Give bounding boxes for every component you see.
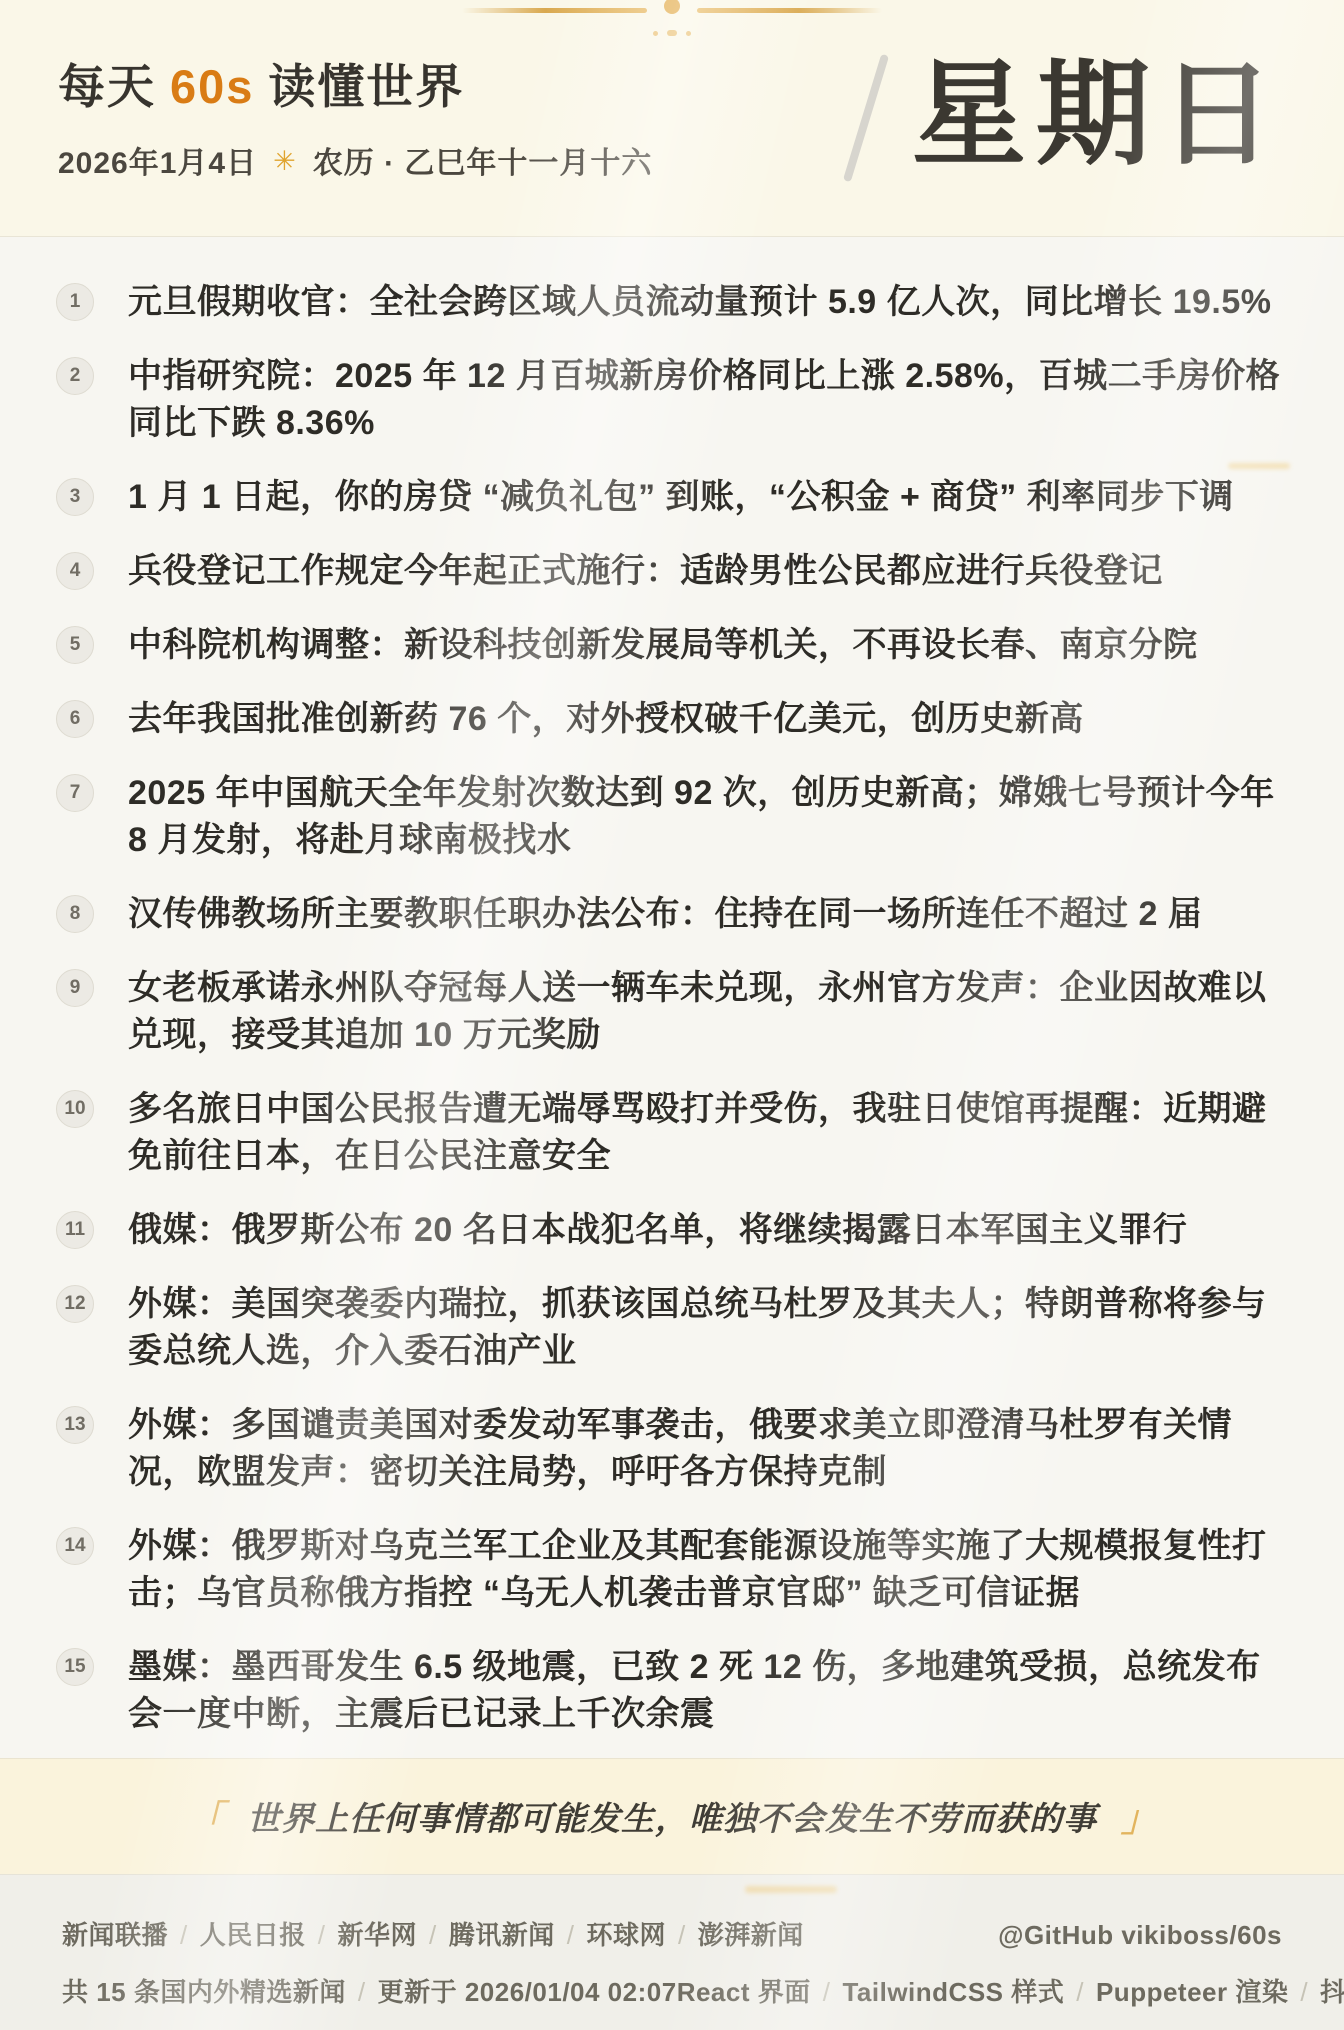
weekday-label: 星期日 bbox=[912, 59, 1284, 173]
news-item: 15墨媒：墨西哥发生 6.5 级地震，已致 2 死 12 伤，多地建筑受损，总统… bbox=[56, 1644, 1292, 1738]
item-number-badge: 12 bbox=[56, 1285, 94, 1323]
asterisk-icon: ✳ bbox=[273, 148, 297, 175]
item-number-badge: 1 bbox=[56, 283, 94, 321]
quote-open-bracket: 「 bbox=[187, 1791, 223, 1842]
ornament-dots bbox=[653, 30, 691, 36]
tech-label: React 界面 bbox=[677, 1977, 811, 2007]
news-item: 10多名旅日中国公民报告遭无端辱骂殴打并受伤，我驻日使馆再提醒：近期避免前往日本… bbox=[56, 1086, 1292, 1180]
tech-label: 抖音美好体 bbox=[1320, 1977, 1344, 2007]
ornament-line-right bbox=[697, 8, 882, 13]
tech-label: Puppeteer 渲染 bbox=[1096, 1977, 1288, 2007]
news-text: 1 月 1 日起，你的房贷 “减负礼包” 到账，“公积金 + 商贷” 利率同步下… bbox=[128, 474, 1234, 521]
item-number-badge: 11 bbox=[56, 1211, 94, 1249]
page-title: 每天60s读懂世界 bbox=[58, 60, 652, 114]
ornament-circle bbox=[664, 0, 680, 14]
item-number-badge: 8 bbox=[56, 895, 94, 933]
news-count: 共 15 条国内外精选新闻 bbox=[62, 1977, 346, 2007]
news-item: 11俄媒：俄罗斯公布 20 名日本战犯名单，将继续揭露日本军国主义罪行 bbox=[56, 1207, 1292, 1254]
footer-row-meta: 共 15 条国内外精选新闻/更新于 2026/01/04 02:07 React… bbox=[62, 1972, 1282, 2009]
item-number-badge: 14 bbox=[56, 1527, 94, 1565]
slash-separator: / bbox=[318, 1920, 326, 1950]
slash-separator: / bbox=[358, 1977, 366, 2007]
header-left: 每天60s读懂世界 2026年1月4日 ✳ 农历 · 乙巳年十一月十六 bbox=[58, 54, 652, 182]
news-item: 6去年我国批准创新药 76 个，对外授权破千亿美元，创历史新高 bbox=[56, 696, 1292, 743]
source-label: 人民日报 bbox=[200, 1920, 306, 1950]
slash-separator: / bbox=[429, 1920, 437, 1950]
news-text: 中科院机构调整：新设科技创新发展局等机关，不再设长春、南京分院 bbox=[128, 622, 1198, 669]
gold-glow-decoration bbox=[745, 1886, 837, 1893]
item-number-badge: 6 bbox=[56, 700, 94, 738]
news-text: 2025 年中国航天全年发射次数达到 92 次，创历史新高；嫦娥七号预计今年 8… bbox=[128, 770, 1292, 864]
item-number-badge: 10 bbox=[56, 1090, 94, 1128]
news-text: 汉传佛教场所主要教职任职办法公布：住持在同一场所连任不超过 2 届 bbox=[128, 891, 1202, 938]
update-info: 共 15 条国内外精选新闻/更新于 2026/01/04 02:07 bbox=[62, 1972, 677, 2009]
item-number-badge: 4 bbox=[56, 552, 94, 590]
source-label: 环球网 bbox=[587, 1920, 667, 1950]
source-label: 新华网 bbox=[338, 1920, 418, 1950]
news-item: 12外媒：美国突袭委内瑞拉，抓获该国总统马杜罗及其夫人；特朗普称将参与委总统人选… bbox=[56, 1281, 1292, 1375]
title-suffix: 读懂世界 bbox=[268, 60, 464, 113]
header: 每天60s读懂世界 2026年1月4日 ✳ 农历 · 乙巳年十一月十六 星期日 bbox=[0, 0, 1344, 237]
ornament-line-left bbox=[462, 8, 647, 13]
news-text: 外媒：多国谴责美国对委发动军事袭击，俄要求美立即澄清马杜罗有关情况，欧盟发声：密… bbox=[128, 1402, 1292, 1496]
top-ornament bbox=[392, 0, 952, 50]
slash-divider bbox=[843, 54, 889, 183]
slash-separator: / bbox=[1300, 1977, 1308, 2007]
news-item: 14外媒：俄罗斯对乌克兰军工企业及其配套能源设施等实施了大规模报复性打击；乌官员… bbox=[56, 1523, 1292, 1617]
news-list: 1元旦假期收官：全社会跨区域人员流动量预计 5.9 亿人次，同比增长 19.5%… bbox=[0, 237, 1344, 1758]
source-label: 澎湃新闻 bbox=[698, 1920, 804, 1950]
news-sources: 新闻联播/人民日报/新华网/腾讯新闻/环球网/澎湃新闻 bbox=[62, 1915, 804, 1952]
item-number-badge: 9 bbox=[56, 969, 94, 1007]
news-text: 墨媒：墨西哥发生 6.5 级地震，已致 2 死 12 伤，多地建筑受损，总统发布… bbox=[128, 1644, 1292, 1738]
title-prefix: 每天 bbox=[58, 60, 156, 113]
news-item: 9女老板承诺永州队夺冠每人送一辆车未兑现，永州官方发声：企业因故难以兑现，接受其… bbox=[56, 965, 1292, 1059]
item-number-badge: 2 bbox=[56, 357, 94, 395]
github-handle: @GitHub vikiboss/60s bbox=[998, 1920, 1282, 1951]
slash-separator: / bbox=[567, 1920, 575, 1950]
news-item: 31 月 1 日起，你的房贷 “减负礼包” 到账，“公积金 + 商贷” 利率同步… bbox=[56, 474, 1292, 521]
source-label: 新闻联播 bbox=[62, 1920, 168, 1950]
item-number-badge: 7 bbox=[56, 774, 94, 812]
updated-at: 更新于 2026/01/04 02:07 bbox=[378, 1977, 677, 2007]
news-item: 1元旦假期收官：全社会跨区域人员流动量预计 5.9 亿人次，同比增长 19.5% bbox=[56, 279, 1292, 326]
slash-separator: / bbox=[1076, 1977, 1084, 2007]
lunar-date: 农历 · 乙巳年十一月十六 bbox=[313, 138, 653, 182]
news-text: 女老板承诺永州队夺冠每人送一辆车未兑现，永州官方发声：企业因故难以兑现，接受其追… bbox=[128, 965, 1292, 1059]
source-label: 腾讯新闻 bbox=[449, 1920, 555, 1950]
news-text: 去年我国批准创新药 76 个，对外授权破千亿美元，创历史新高 bbox=[128, 696, 1084, 743]
news-item: 72025 年中国航天全年发射次数达到 92 次，创历史新高；嫦娥七号预计今年 … bbox=[56, 770, 1292, 864]
slash-separator: / bbox=[823, 1977, 831, 2007]
news-item: 5中科院机构调整：新设科技创新发展局等机关，不再设长春、南京分院 bbox=[56, 622, 1292, 669]
date-row: 2026年1月4日 ✳ 农历 · 乙巳年十一月十六 bbox=[58, 138, 652, 182]
title-highlight: 60s bbox=[170, 60, 254, 113]
news-text: 外媒：俄罗斯对乌克兰军工企业及其配套能源设施等实施了大规模报复性打击；乌官员称俄… bbox=[128, 1523, 1292, 1617]
item-number-badge: 3 bbox=[56, 478, 94, 516]
news-text: 元旦假期收官：全社会跨区域人员流动量预计 5.9 亿人次，同比增长 19.5% bbox=[128, 279, 1272, 326]
news-text: 外媒：美国突袭委内瑞拉，抓获该国总统马杜罗及其夫人；特朗普称将参与委总统人选，介… bbox=[128, 1281, 1292, 1375]
item-number-badge: 13 bbox=[56, 1406, 94, 1444]
tech-stack: React 界面/TailwindCSS 样式/Puppeteer 渲染/抖音美… bbox=[677, 1972, 1344, 2009]
item-number-badge: 15 bbox=[56, 1648, 94, 1686]
daily-news-card: 每天60s读懂世界 2026年1月4日 ✳ 农历 · 乙巳年十一月十六 星期日 … bbox=[0, 0, 1344, 2030]
news-text: 兵役登记工作规定今年起正式施行：适龄男性公民都应进行兵役登记 bbox=[128, 548, 1163, 595]
slash-separator: / bbox=[678, 1920, 686, 1950]
footer-row-sources: 新闻联播/人民日报/新华网/腾讯新闻/环球网/澎湃新闻 @GitHub viki… bbox=[62, 1915, 1282, 1952]
news-text: 中指研究院：2025 年 12 月百城新房价格同比上涨 2.58%，百城二手房价… bbox=[128, 353, 1292, 447]
news-text: 俄媒：俄罗斯公布 20 名日本战犯名单，将继续揭露日本军国主义罪行 bbox=[128, 1207, 1187, 1254]
news-item: 8汉传佛教场所主要教职任职办法公布：住持在同一场所连任不超过 2 届 bbox=[56, 891, 1292, 938]
slash-separator: / bbox=[180, 1920, 188, 1950]
tech-label: TailwindCSS 样式 bbox=[842, 1977, 1064, 2007]
quote-close-bracket: 」 bbox=[1121, 1791, 1157, 1842]
quote-text: 世界上任何事情都可能发生，唯独不会发生不劳而获的事 bbox=[247, 1793, 1097, 1840]
footer: 新闻联播/人民日报/新华网/腾讯新闻/环球网/澎湃新闻 @GitHub viki… bbox=[0, 1875, 1344, 2030]
gregorian-date: 2026年1月4日 bbox=[58, 138, 257, 182]
news-item: 13外媒：多国谴责美国对委发动军事袭击，俄要求美立即澄清马杜罗有关情况，欧盟发声… bbox=[56, 1402, 1292, 1496]
quote-section: 「 世界上任何事情都可能发生，唯独不会发生不劳而获的事 」 bbox=[0, 1758, 1344, 1875]
news-item: 4兵役登记工作规定今年起正式施行：适龄男性公民都应进行兵役登记 bbox=[56, 548, 1292, 595]
news-text: 多名旅日中国公民报告遭无端辱骂殴打并受伤，我驻日使馆再提醒：近期避免前往日本，在… bbox=[128, 1086, 1292, 1180]
news-item: 2中指研究院：2025 年 12 月百城新房价格同比上涨 2.58%，百城二手房… bbox=[56, 353, 1292, 447]
item-number-badge: 5 bbox=[56, 626, 94, 664]
